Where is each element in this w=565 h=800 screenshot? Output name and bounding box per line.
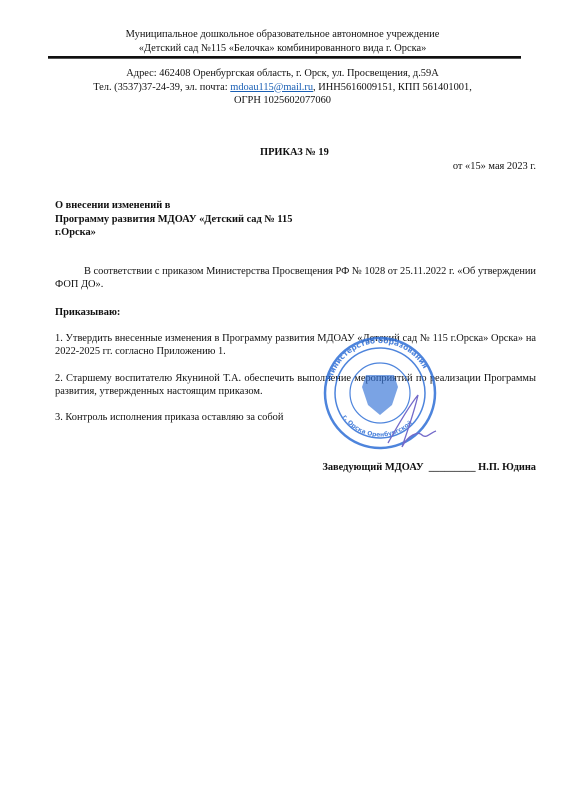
subject-line1: О внесении изменений в [55, 199, 292, 213]
signatory-position: Заведующий МДОАУ [322, 462, 423, 473]
header-divider [48, 56, 521, 59]
subject-line2: Программу развития МДОАУ «Детский сад № … [55, 213, 292, 227]
order-item-2: 2. Старшему воспитателю Якуниной Т.А. об… [55, 372, 536, 398]
org-name-line2: «Детский сад №115 «Белочка» комбинирован… [0, 42, 565, 56]
order-word: Приказываю: [55, 306, 536, 319]
org-name-line1: Муниципальное дошкольное образовательное… [0, 28, 565, 42]
order-item-1: 1. Утвердить внесенные изменения в Прогр… [55, 332, 536, 358]
organization-header: Муниципальное дошкольное образовательное… [0, 28, 565, 56]
ogrn-line: ОГРН 1025602077060 [0, 94, 565, 108]
address-line: Адрес: 462408 Оренбургская область, г. О… [0, 67, 565, 81]
signatory-name: Н.П. Юдина [478, 462, 536, 473]
order-item-3: 3. Контроль исполнения приказа оставляю … [55, 411, 536, 424]
order-date: от «15» мая 2023 г. [453, 160, 536, 173]
order-title: ПРИКАЗ № 19 [260, 146, 329, 159]
contacts-prefix: Тел. (3537)37-24-39, эл. почта: [93, 82, 230, 93]
contacts-suffix: , ИНН5616009151, КПП 561401001, [313, 82, 472, 93]
order-subject: О внесении изменений в Программу развити… [55, 199, 292, 240]
subject-line3: г.Орска» [55, 226, 292, 240]
preamble-paragraph: В соответствии с приказом Министерства П… [55, 265, 536, 291]
contact-block: Адрес: 462408 Оренбургская область, г. О… [0, 67, 565, 108]
signature-line: Заведующий МДОАУ _________ Н.П. Юдина [322, 461, 536, 474]
signature-blank: _________ [429, 462, 476, 473]
contacts-line: Тел. (3537)37-24-39, эл. почта: mdoau115… [0, 81, 565, 95]
email-link[interactable]: mdoau115@mail.ru [230, 82, 313, 93]
